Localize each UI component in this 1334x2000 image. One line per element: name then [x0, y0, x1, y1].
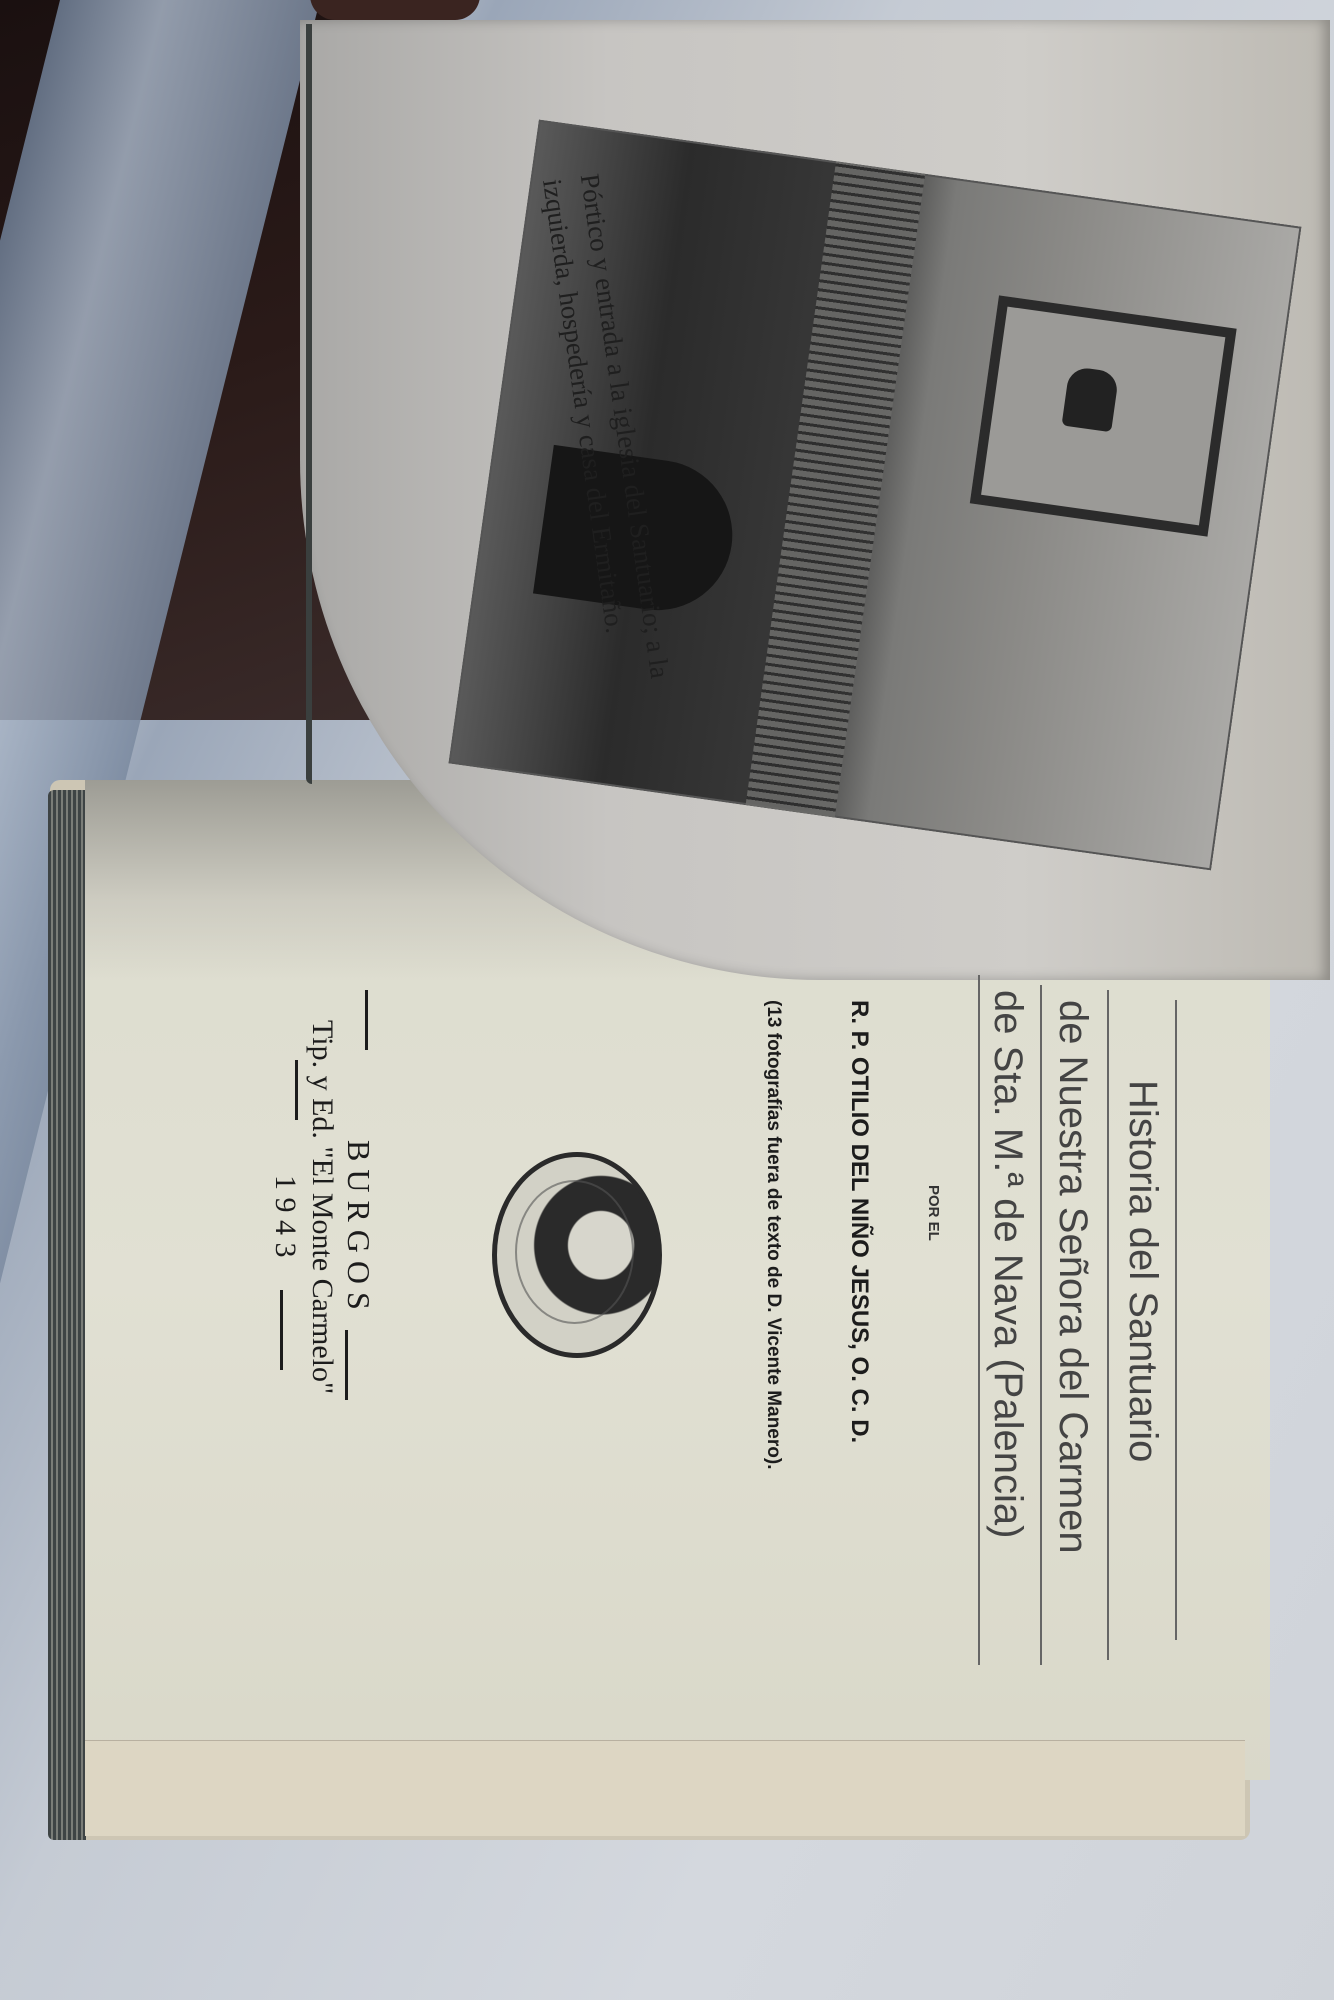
photo-credit: (13 fotografías fuera de texto de D. Vic… — [762, 1000, 784, 1469]
title-line-3: de Sta. M.ª de Nava (Palencia) — [985, 990, 1030, 1538]
imprint-city: B U R G O S — [340, 1140, 377, 1310]
title-line-1: Historia del Santuario — [1120, 1080, 1165, 1462]
by-label: POR EL — [925, 1185, 942, 1241]
page-bottom-edge — [85, 1740, 1245, 1836]
imprint-dash-2 — [345, 1330, 348, 1400]
bell-icon — [1062, 366, 1120, 432]
title-rule-3 — [1040, 985, 1042, 1665]
title-rule-4 — [978, 975, 980, 1665]
title-line-2: de Nuestra Señora del Carmen — [1050, 1000, 1095, 1554]
book-page-edges — [48, 790, 86, 1840]
imprint-year: 1 9 4 3 — [268, 1175, 302, 1258]
imprint-publisher: Tip. y Ed. "El Monte Carmelo" — [305, 1020, 339, 1394]
hand-holding-page — [310, 0, 480, 20]
title-rule-1 — [1175, 1000, 1177, 1640]
imprint-dash-1 — [365, 990, 368, 1050]
author-name: R. P. OTILIO DEL NIÑO JESUS, O. C. D. — [845, 1000, 873, 1443]
imprint-dash-3 — [295, 1060, 298, 1120]
imprint-dash-4 — [280, 1290, 283, 1370]
tiled-roof — [746, 161, 926, 817]
facing-page-edge — [306, 24, 312, 784]
emblem-inner-ring — [515, 1180, 634, 1324]
title-rule-2 — [1107, 990, 1109, 1660]
